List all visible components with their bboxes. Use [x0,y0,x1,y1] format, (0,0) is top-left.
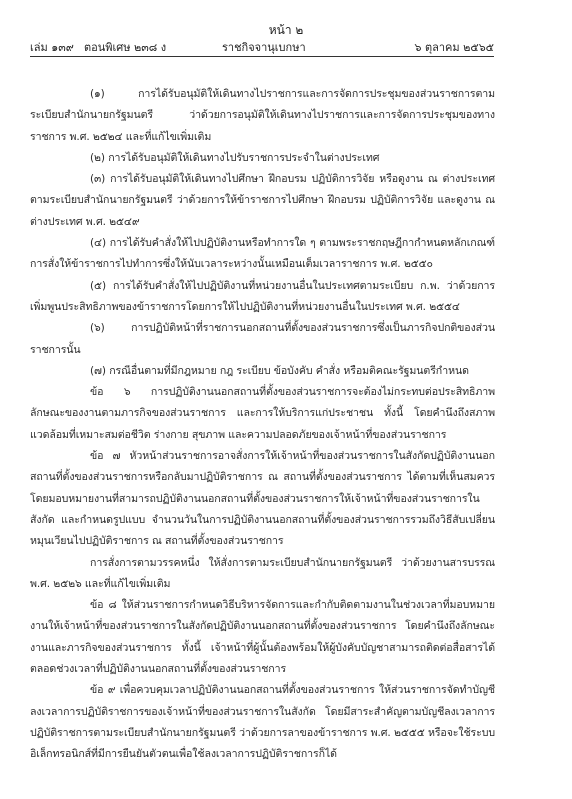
clause-8: ข้อ ๘ ให้ส่วนราชการกำหนดวิธีบริหารจัดการ… [30,595,495,680]
volume-label: เล่ม ๑๓๙ [30,38,74,56]
paragraph-item-1: (๑) การได้รับอนุมัติให้เดินทางไปราชการแล… [30,84,495,148]
clause-7-paragraph-2: การสั่งการตามวรรคหนึ่ง ให้สั่งการตามระเบ… [30,553,495,596]
publication-date: ๖ ตุลาคม ๒๕๖๕ [414,38,494,56]
paragraph-item-6: (๖) การปฏิบัติหน้าที่ราชการนอกสถานที่ตั้… [30,318,495,361]
paragraph-item-5: (๕) การได้รับคำสั่งให้ไปปฏิบัติงานที่หน่… [30,276,495,319]
header-divider [30,56,494,57]
clause-6: ข้อ ๖ การปฏิบัติงานนอกสถานที่ตั้งของส่วน… [30,382,495,446]
issue-label: ตอนพิเศษ ๒๓๘ ง [84,38,166,56]
paragraph-item-3: (๓) การได้รับอนุมัติให้เดินทางไปศึกษา ฝึ… [30,169,495,233]
document-body: (๑) การได้รับอนุมัติให้เดินทางไปราชการแล… [30,84,495,766]
paragraph-item-2: (๒) การได้รับอนุมัติให้เดินทางไปรับราชกา… [30,148,495,169]
publication-title: ราชกิจจานุเบกษา [222,38,306,56]
clause-7: ข้อ ๗ หัวหน้าส่วนราชการอาจสั่งการให้เจ้า… [30,446,495,552]
clause-9: ข้อ ๙ เพื่อควบคุมเวลาปฏิบัติงานนอกสถานที… [30,680,495,765]
paragraph-item-4: (๔) การได้รับคำสั่งให้ไปปฏิบัติงานหรือทำ… [30,233,495,276]
gazette-header: เล่ม ๑๓๙ ตอนพิเศษ ๒๓๘ ง ราชกิจจานุเบกษา … [30,38,494,56]
paragraph-item-7: (๗) กรณีอื่นตามที่มีกฎหมาย กฎ ระเบียบ ข้… [30,361,495,382]
